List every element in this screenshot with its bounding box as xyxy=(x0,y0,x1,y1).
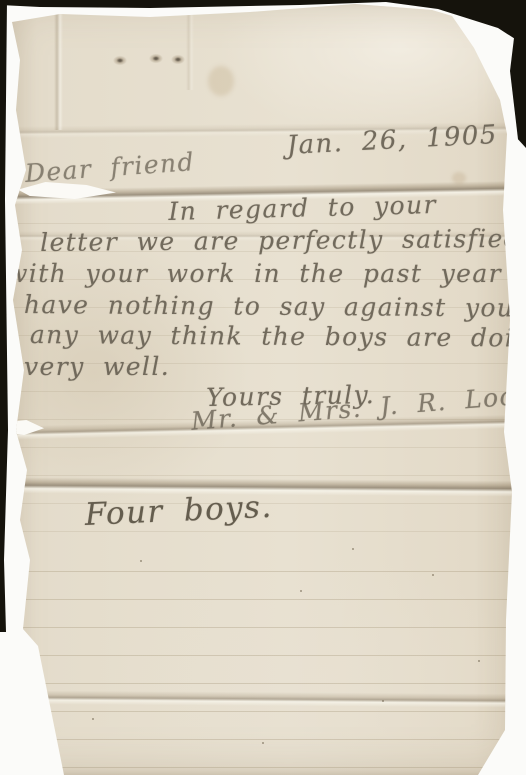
pinhole-mark xyxy=(170,54,186,65)
pinhole-mark xyxy=(148,53,164,64)
scanner-edge-right xyxy=(508,38,526,148)
fold-crease xyxy=(0,690,526,708)
fold-crease-vertical xyxy=(186,10,194,90)
speck xyxy=(300,590,302,592)
speck xyxy=(478,660,480,662)
body-line: with your work in the past year — xyxy=(6,259,526,288)
fold-crease-vertical xyxy=(54,14,63,130)
date-line: Jan. 26, 1905 — xyxy=(286,118,526,161)
body-line: have nothing to say against you xyxy=(24,290,515,322)
body-line: any way think the boys are doing xyxy=(30,320,526,353)
paper-stain xyxy=(208,66,234,96)
body-line: letter we are perfectly satisfied xyxy=(40,224,521,257)
pinhole-mark xyxy=(112,55,128,66)
speck xyxy=(92,718,94,720)
speck xyxy=(352,548,354,550)
scanner-edge-left xyxy=(0,0,10,632)
letter-paper: Jan. 26, 1905 — Dear friend In regard to… xyxy=(0,0,526,775)
body-line: In regard to your xyxy=(168,190,437,226)
ruled-lines-lower xyxy=(0,544,526,775)
letter-scan: Jan. 26, 1905 — Dear friend In regard to… xyxy=(0,0,526,775)
speck xyxy=(432,574,434,576)
paper-stain xyxy=(452,172,466,184)
speck xyxy=(140,560,142,562)
speck xyxy=(262,742,264,744)
salutation-line: Dear friend xyxy=(24,147,196,188)
postscript-line: Four boys. xyxy=(84,489,273,533)
body-line: very well. xyxy=(24,352,170,381)
speck xyxy=(382,700,384,702)
